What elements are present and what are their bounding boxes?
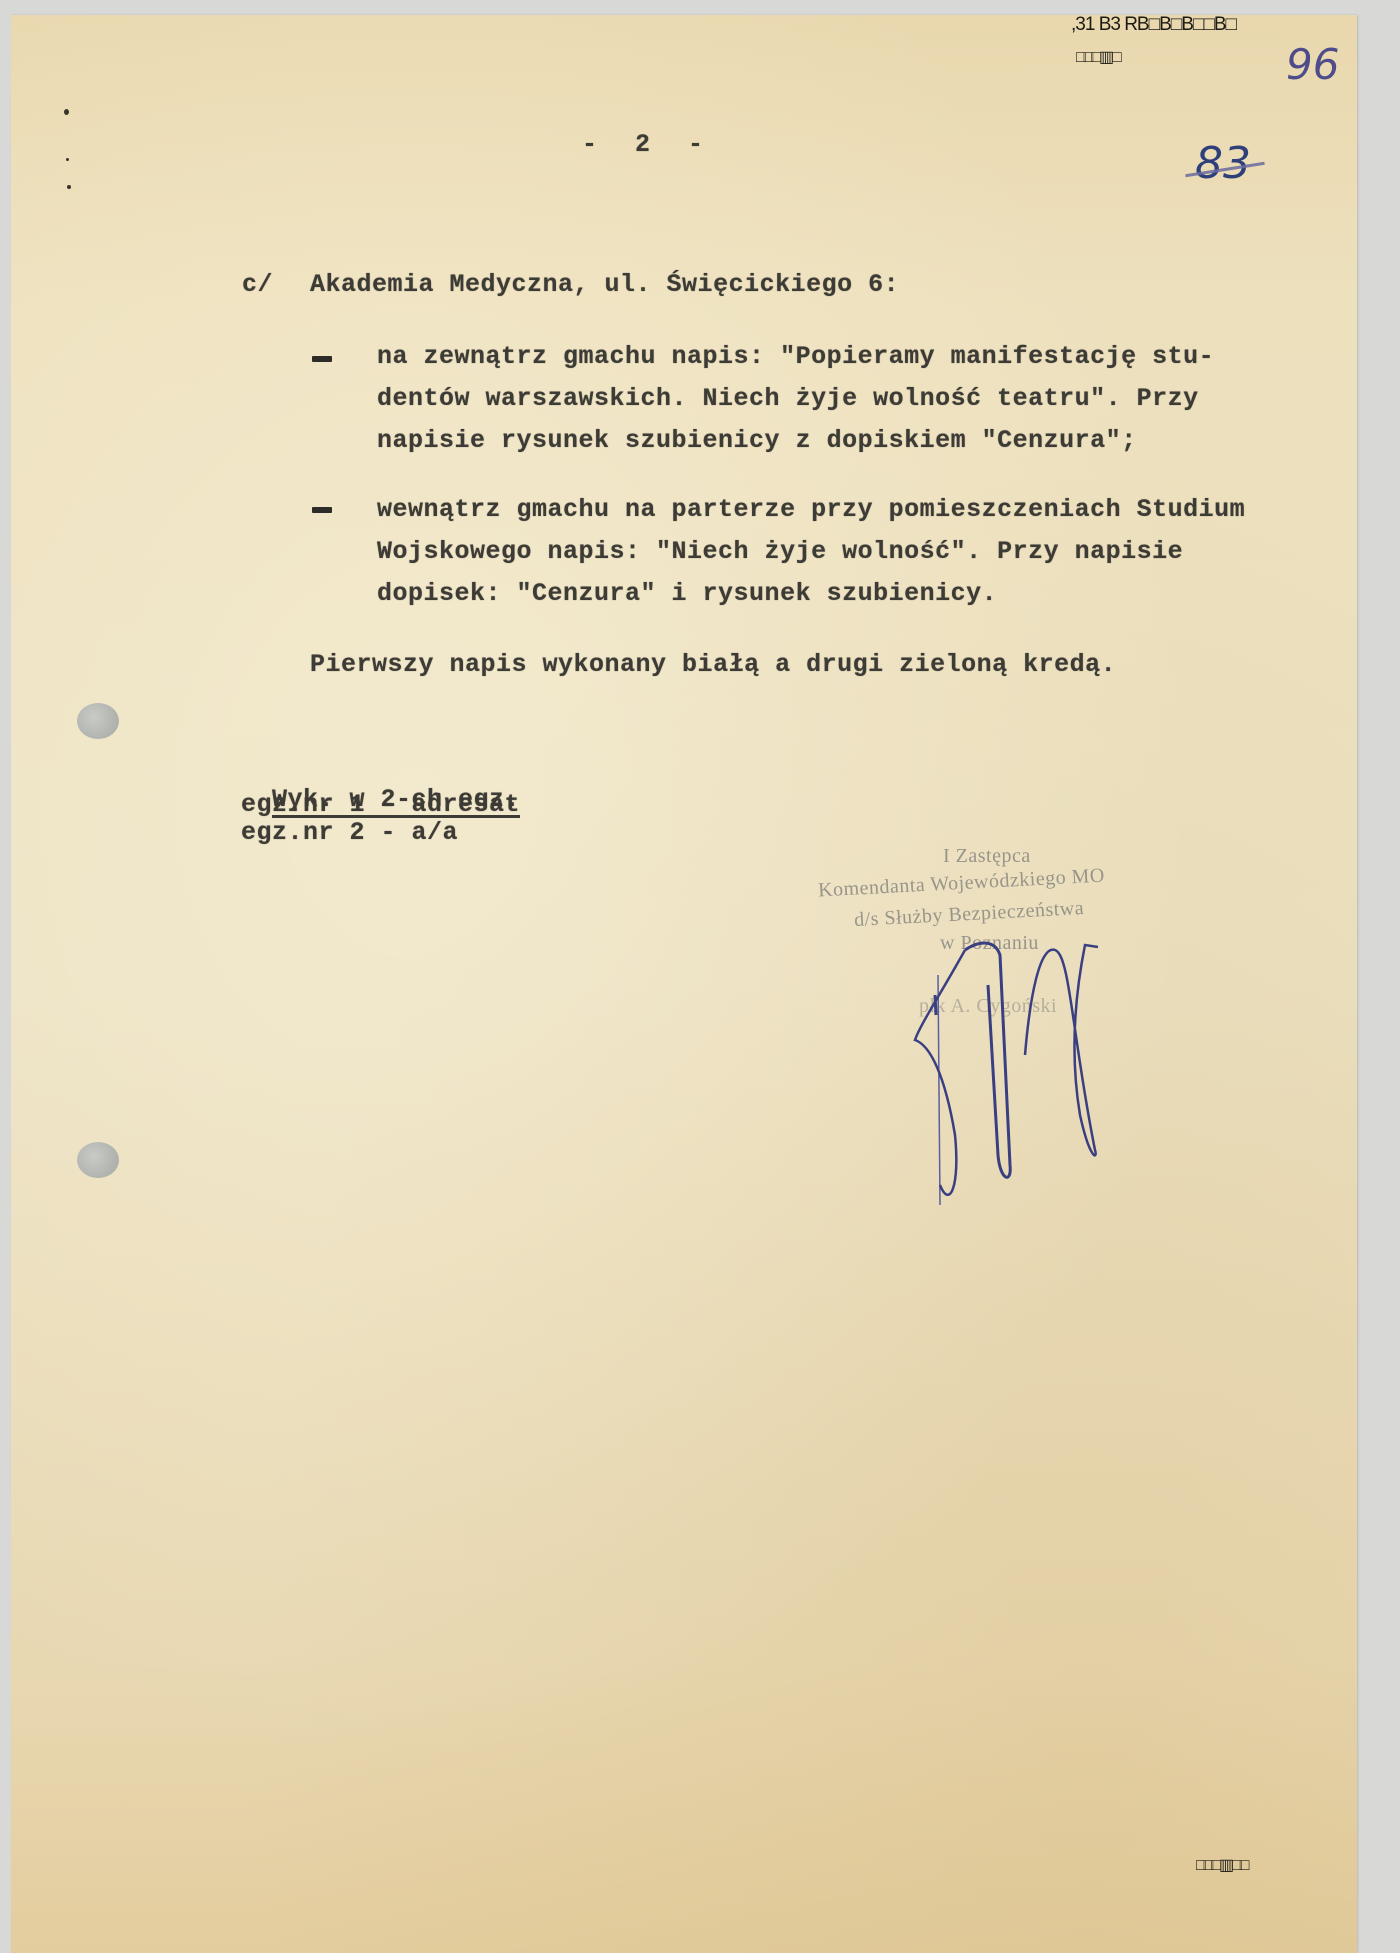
signature <box>900 935 1160 1235</box>
punch-hole <box>77 703 119 739</box>
closing-line: Pierwszy napis wykonany białą a drugi zi… <box>310 652 1116 677</box>
section-marker: c/ <box>242 272 273 297</box>
bullet-dash <box>312 356 332 362</box>
paper-speck <box>66 158 69 161</box>
bullet-dash <box>312 507 332 513</box>
page-number: - 2 - <box>582 132 704 157</box>
section-title: Akademia Medyczna, ul. Święcickiego 6: <box>310 272 899 297</box>
stamp-line-1: I Zastępca <box>943 845 1031 868</box>
paper-speck <box>64 109 69 115</box>
distribution-line-2: egz.nr 2 - a/a <box>241 820 458 845</box>
bullet-1-line-1: na zewnątrz gmachu napis: "Popieramy man… <box>377 344 1214 369</box>
bullet-1-line-2: dentów warszawskich. Niech żyje wolność … <box>377 386 1199 411</box>
handwritten-folio-number: 96 <box>1286 40 1339 89</box>
bullet-2-line-1: wewnątrz gmachu na parterze przy pomiesz… <box>377 497 1245 522</box>
archive-reference: ,31 B3 RB□B□B□□B□ <box>1071 14 1236 36</box>
bullet-2-line-2: Wojskowego napis: "Niech żyje wolność". … <box>377 539 1183 564</box>
distribution-line-1: egz.nr 1 - adresat <box>241 792 520 817</box>
bullet-2-line-3: dopisek: "Cenzura" i rysunek szubienicy. <box>377 581 997 606</box>
punch-hole <box>77 1142 119 1178</box>
bullet-1-line-3: napisie rysunek szubienicy z dopiskiem "… <box>377 428 1137 453</box>
footer-archive-boxes: □□□▥□□ <box>1196 1855 1247 1875</box>
handwritten-folio-struck: 83 <box>1195 138 1251 189</box>
archive-reference-boxes: □□□▥□ <box>1076 47 1120 67</box>
paper-speck <box>67 185 71 189</box>
